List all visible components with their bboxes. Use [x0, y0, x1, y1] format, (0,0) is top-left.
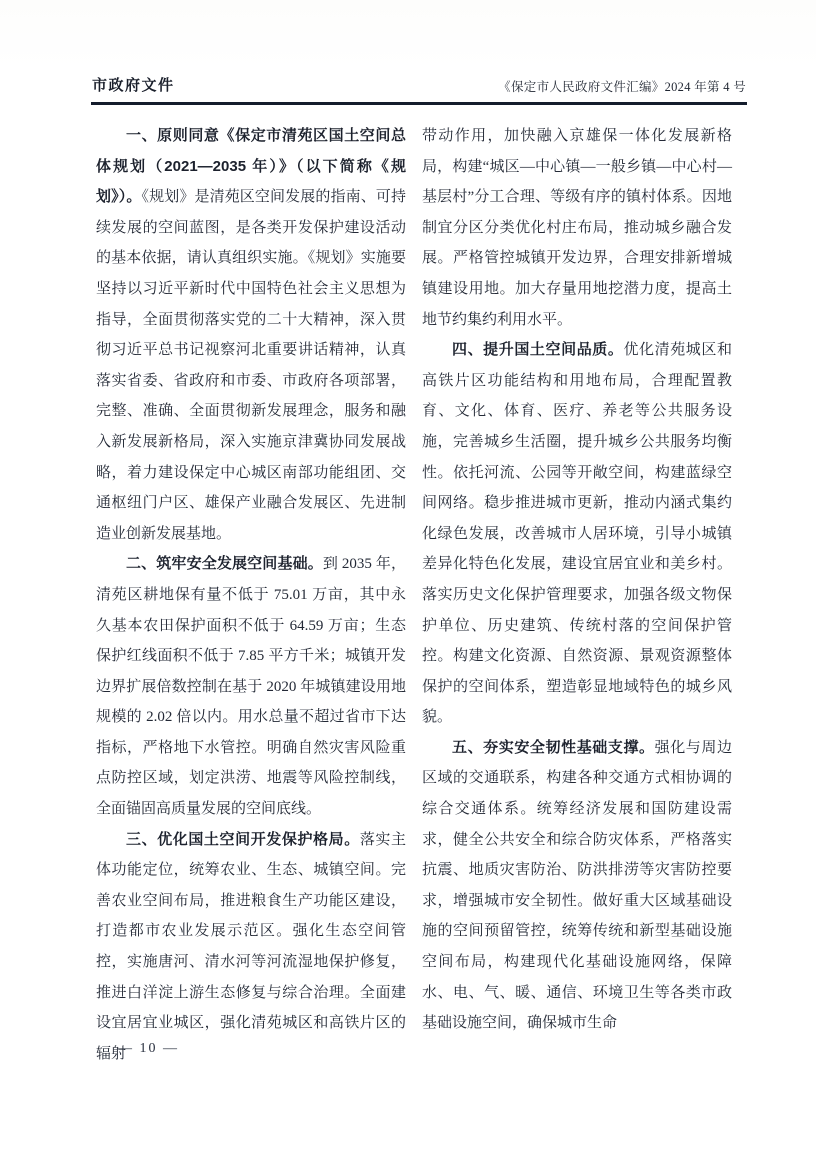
paragraph-5: 五、夯实安全韧性基础支撑。强化与周边区域的交通联系，构建各种交通方式相协调的综合…	[422, 733, 732, 1039]
paragraph-3-text: 落实主体功能定位，统筹农业、生态、城镇空间。完善农业空间布局，推进粮食生产功能区…	[96, 832, 406, 1062]
paragraph-3-lead: 三、优化国土空间开发保护格局。	[126, 831, 360, 848]
content-columns: 一、原则同意《保定市清苑区国土空间总体规划（2021—2035 年）》（以下简称…	[96, 121, 732, 1069]
compilation-title: 《保定市人民政府文件汇编》2024 年第 4 号	[498, 77, 746, 95]
paragraph-5-text: 强化与周边区域的交通联系，构建各种交通方式相协调的综合交通体系。统筹经济发展和国…	[422, 740, 732, 1031]
paragraph-3-continuation: 带动作用，加快融入京雄保一体化发展新格局，构建“城区—中心镇—一般乡镇—中心村—…	[422, 121, 732, 335]
paragraph-1: 一、原则同意《保定市清苑区国土空间总体规划（2021—2035 年）》（以下简称…	[96, 121, 406, 549]
paragraph-3: 三、优化国土空间开发保护格局。落实主体功能定位，统筹农业、生态、城镇空间。完善农…	[96, 825, 406, 1070]
doc-category-label: 市政府文件	[92, 74, 175, 95]
paragraph-3-continuation-text: 带动作用，加快融入京雄保一体化发展新格局，构建“城区—中心镇—一般乡镇—中心村—…	[422, 128, 732, 328]
paragraph-2: 二、筑牢安全发展空间基础。到 2035 年，清苑区耕地保有量不低于 75.01 …	[96, 549, 406, 824]
page-number: — 10 —	[118, 1041, 179, 1056]
column-right: 带动作用，加快融入京雄保一体化发展新格局，构建“城区—中心镇—一般乡镇—中心村—…	[422, 121, 732, 1069]
paragraph-4-lead: 四、提升国土空间品质。	[452, 341, 623, 358]
paragraph-4-text: 优化清苑城区和高铁片区功能结构和用地布局，合理配置教育、文化、体育、医疗、养老等…	[422, 342, 732, 725]
paragraph-5-lead: 五、夯实安全韧性基础支撑。	[452, 739, 655, 756]
page-footer: — 10 —	[118, 1041, 179, 1057]
paragraph-2-lead: 二、筑牢安全发展空间基础。	[126, 555, 323, 572]
paragraph-1-text: 《规划》是清苑区空间发展的指南、可持续发展的空间蓝图，是各类开发保护建设活动的基…	[96, 189, 406, 542]
column-left: 一、原则同意《保定市清苑区国土空间总体规划（2021—2035 年）》（以下简称…	[96, 121, 406, 1069]
page-header: 市政府文件 《保定市人民政府文件汇编》2024 年第 4 号	[92, 74, 746, 102]
paragraph-2-text: 到 2035 年，清苑区耕地保有量不低于 75.01 万亩，其中永久基本农田保护…	[96, 556, 406, 817]
paragraph-4: 四、提升国土空间品质。优化清苑城区和高铁片区功能结构和用地布局，合理配置教育、文…	[422, 335, 732, 733]
header-rule	[91, 102, 747, 105]
document-page: 市政府文件 《保定市人民政府文件汇编》2024 年第 4 号 一、原则同意《保定…	[0, 0, 816, 1153]
